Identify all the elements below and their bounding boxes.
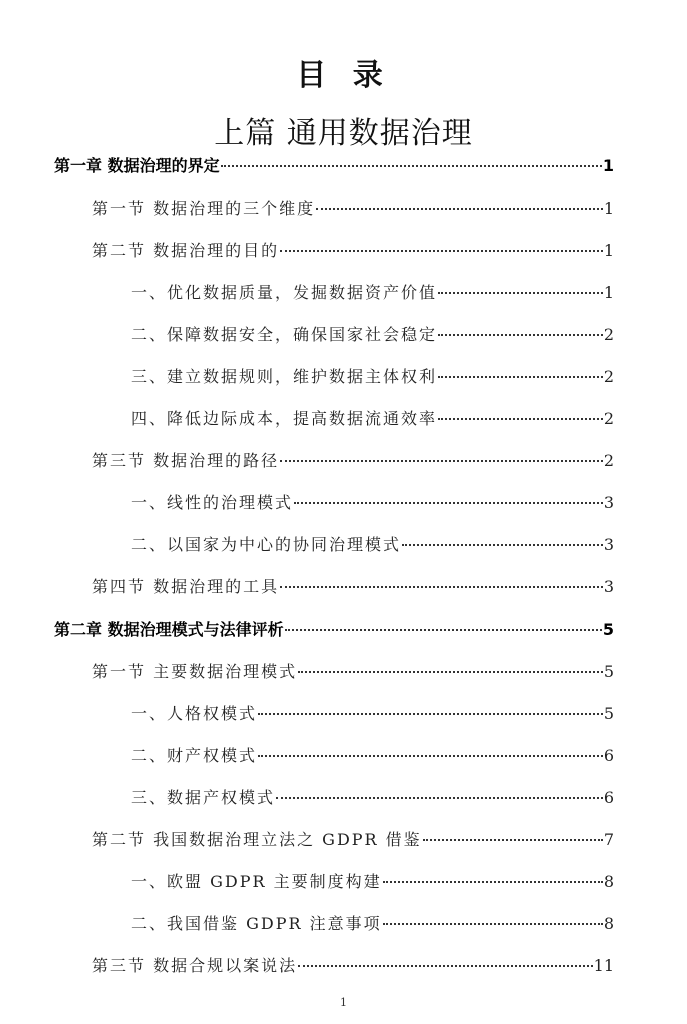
toc-entry-label: 四、降低边际成本，提高数据流通效率	[131, 408, 437, 430]
toc-entry-label: 二、财产权模式	[131, 745, 257, 767]
toc-entry-page: 2	[604, 450, 614, 472]
toc-entry-label: 三、数据产权模式	[131, 787, 275, 809]
toc-entry-label: 第三节 数据治理的路径	[92, 450, 279, 472]
dot-leader	[276, 797, 603, 799]
toc-entry-label: 第一节 数据治理的三个维度	[92, 198, 315, 220]
toc-entry-chapter[interactable]: 第一章 数据治理的界定 1	[54, 155, 614, 177]
toc-entry-page: 3	[604, 576, 614, 598]
toc-entry-section[interactable]: 第二节 我国数据治理立法之 GDPR 借鉴 7	[92, 829, 614, 851]
toc-entry-label: 一、线性的治理模式	[131, 492, 293, 514]
toc-entry-page: 8	[604, 871, 614, 893]
toc-entry-page: 2	[604, 366, 614, 388]
toc-entry-label: 一、欧盟 GDPR 主要制度构建	[131, 871, 382, 893]
toc-entry-page: 5	[603, 619, 614, 641]
toc-entry-subsection[interactable]: 二、以国家为中心的协同治理模式 3	[131, 534, 614, 556]
dot-leader	[438, 418, 603, 420]
toc-entry-label: 第四节 数据治理的工具	[92, 576, 279, 598]
toc-entry-subsection[interactable]: 二、我国借鉴 GDPR 注意事项 8	[131, 913, 614, 935]
document-page: 目 录 上篇 通用数据治理 第一章 数据治理的界定 1 第一节 数据治理的三个维…	[0, 0, 687, 1024]
toc-entry-label: 第二节 我国数据治理立法之 GDPR 借鉴	[92, 829, 422, 851]
dot-leader	[280, 460, 603, 462]
dot-leader	[438, 376, 603, 378]
toc-entry-page: 6	[604, 787, 614, 809]
toc-entry-page: 5	[604, 703, 614, 725]
toc-entry-section[interactable]: 第二节 数据治理的目的 1	[92, 240, 614, 262]
dot-leader	[258, 713, 603, 715]
toc-entry-page: 1	[604, 282, 614, 304]
toc-entry-label: 一、优化数据质量，发掘数据资产价值	[131, 282, 437, 304]
toc-entry-label: 第二节 数据治理的目的	[92, 240, 279, 262]
dot-leader	[258, 755, 603, 757]
toc-entry-page: 2	[604, 408, 614, 430]
toc-entry-label: 二、以国家为中心的协同治理模式	[131, 534, 401, 556]
toc-entry-page: 3	[604, 534, 614, 556]
toc-entry-section[interactable]: 第一节 数据治理的三个维度 1	[92, 198, 614, 220]
dot-leader	[316, 208, 603, 210]
toc-entry-subsection[interactable]: 四、降低边际成本，提高数据流通效率 2	[131, 408, 614, 430]
dot-leader	[298, 671, 603, 673]
toc-entry-page: 5	[604, 661, 614, 683]
dot-leader	[383, 923, 603, 925]
toc-entry-section[interactable]: 第三节 数据治理的路径 2	[92, 450, 614, 472]
toc-entry-page: 1	[603, 155, 614, 177]
dot-leader	[402, 544, 603, 546]
toc-entry-label: 第二章 数据治理模式与法律评析	[54, 619, 284, 641]
toc-entry-page: 7	[604, 829, 614, 851]
part-title: 上篇 通用数据治理	[0, 108, 687, 152]
toc-entry-section[interactable]: 第四节 数据治理的工具 3	[92, 576, 614, 598]
dot-leader	[221, 165, 602, 167]
dot-leader	[383, 881, 603, 883]
toc-entry-page: 3	[604, 492, 614, 514]
toc-entry-subsection[interactable]: 一、欧盟 GDPR 主要制度构建 8	[131, 871, 614, 893]
toc-entry-label: 一、人格权模式	[131, 703, 257, 725]
dot-leader	[285, 629, 602, 631]
dot-leader	[280, 250, 603, 252]
dot-leader	[438, 292, 603, 294]
dot-leader	[298, 965, 593, 967]
toc-entry-subsection[interactable]: 三、数据产权模式 6	[131, 787, 614, 809]
toc-entry-label: 第一章 数据治理的界定	[54, 155, 220, 177]
toc-entry-label: 二、我国借鉴 GDPR 注意事项	[131, 913, 382, 935]
toc-entry-chapter[interactable]: 第二章 数据治理模式与法律评析 5	[54, 619, 614, 641]
toc-entry-subsection[interactable]: 二、财产权模式 6	[131, 745, 614, 767]
page-number-footer: 1	[0, 996, 687, 1009]
dot-leader	[423, 839, 603, 841]
toc-entry-section[interactable]: 第一节 主要数据治理模式 5	[92, 661, 614, 683]
toc-entry-subsection[interactable]: 二、保障数据安全，确保国家社会稳定 2	[131, 324, 614, 346]
toc-entry-page: 11	[594, 955, 614, 977]
toc-entry-page: 1	[604, 198, 614, 220]
toc-title: 目 录	[0, 50, 687, 94]
dot-leader	[294, 502, 603, 504]
toc-entry-subsection[interactable]: 三、建立数据规则，维护数据主体权利 2	[131, 366, 614, 388]
toc-entry-subsection[interactable]: 一、线性的治理模式 3	[131, 492, 614, 514]
dot-leader	[438, 334, 603, 336]
toc-entry-page: 8	[604, 913, 614, 935]
toc-entry-page: 2	[604, 324, 614, 346]
toc-entry-page: 1	[604, 240, 614, 262]
toc-entry-page: 6	[604, 745, 614, 767]
toc-entry-label: 二、保障数据安全，确保国家社会稳定	[131, 324, 437, 346]
toc-entry-subsection[interactable]: 一、人格权模式 5	[131, 703, 614, 725]
toc-entry-label: 第一节 主要数据治理模式	[92, 661, 297, 683]
toc-entry-label: 三、建立数据规则，维护数据主体权利	[131, 366, 437, 388]
toc-entry-subsection[interactable]: 一、优化数据质量，发掘数据资产价值 1	[131, 282, 614, 304]
toc-entry-section[interactable]: 第三节 数据合规以案说法 11	[92, 955, 614, 977]
dot-leader	[280, 586, 603, 588]
toc-entry-label: 第三节 数据合规以案说法	[92, 955, 297, 977]
